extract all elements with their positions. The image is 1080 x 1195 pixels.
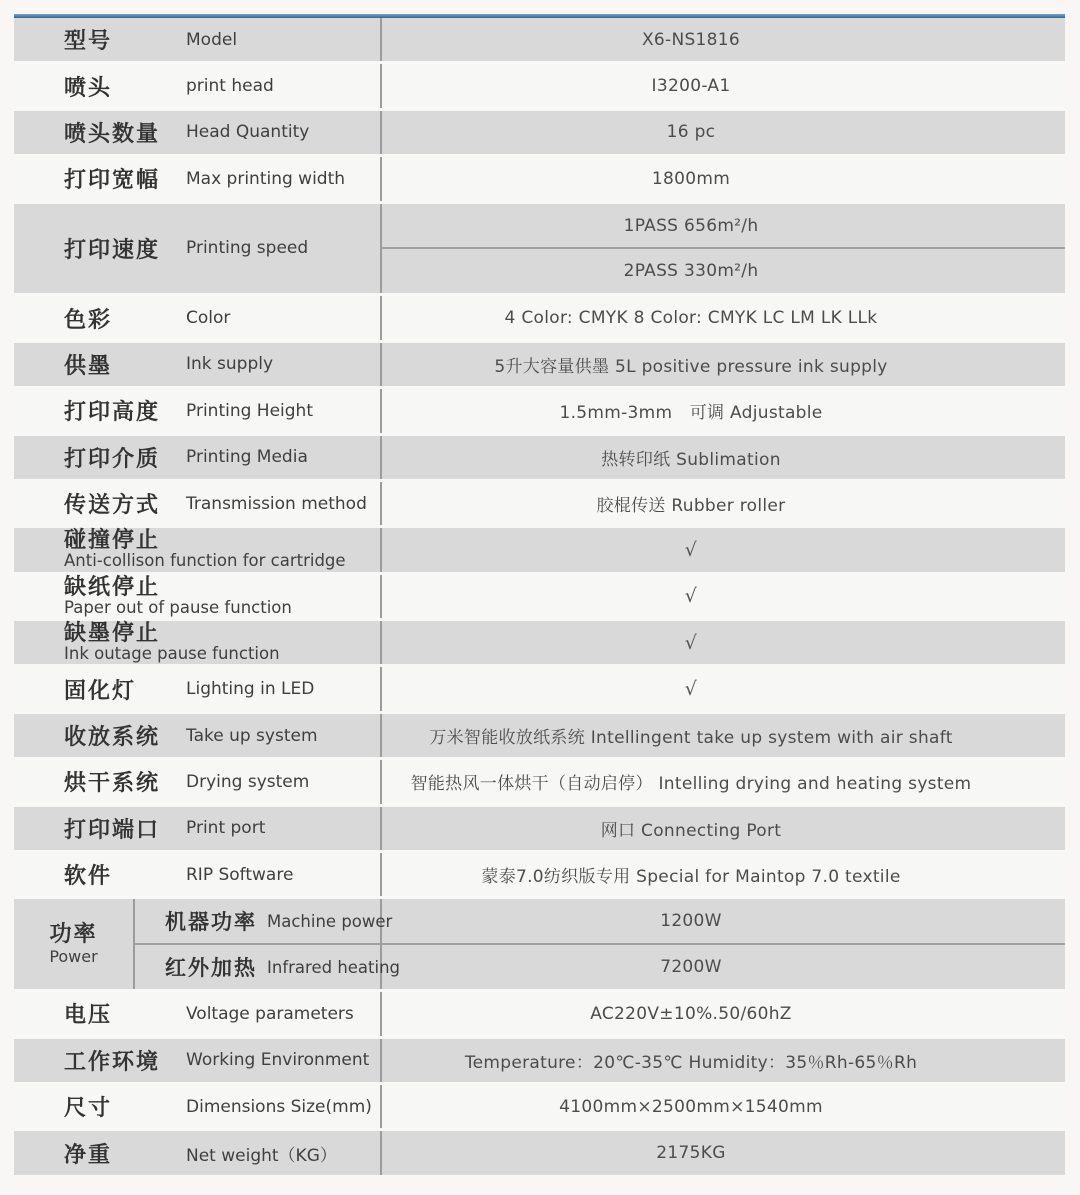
row-value: 7200W <box>382 945 1065 989</box>
row-label-en: Infrared heating <box>267 958 400 977</box>
row-label: 供墨 Ink supply <box>14 343 382 386</box>
check-mark: √ <box>382 621 1065 664</box>
row-label-en: Take up system <box>186 726 318 746</box>
row-label-zh: 软件 <box>64 859 186 890</box>
row-label-zh: 打印端口 <box>64 813 186 844</box>
row-label-en: Model <box>186 30 237 50</box>
row-label-zh: 喷头 <box>64 71 186 102</box>
row-label-zh: 打印速度 <box>64 233 186 264</box>
table-row-rip-software: 软件 RIP Software 蒙泰7.0纺织版专用 Special for M… <box>14 853 1065 896</box>
row-value: 智能热风一体烘干（自动启停） Intelling drying and heat… <box>382 760 1065 803</box>
row-label-zh: 打印高度 <box>64 395 186 426</box>
row-label-en: Head Quantity <box>186 122 309 142</box>
row-label: 红外加热 Infrared heating <box>135 945 382 989</box>
row-label: 收放系统 Take up system <box>14 714 382 757</box>
row-label-zh: 型号 <box>64 24 186 55</box>
table-row-ink-outage: 缺墨停止 Ink outage pause function √ <box>14 621 1065 664</box>
row-value: 万米智能收放纸系统 Intellingent take up system wi… <box>382 714 1065 757</box>
row-label-zh: 碰撞停止 <box>64 529 160 552</box>
speed-value-1pass: 1PASS 656m²/h <box>382 204 1065 248</box>
row-label: 固化灯 Lighting in LED <box>14 667 382 710</box>
table-row-machine-power: 机器功率 Machine power 1200W <box>135 899 1065 943</box>
spec-table: 型号 Model X6-NS1816 喷头 print head I3200-A… <box>14 14 1065 1178</box>
table-row-printing-media: 打印介质 Printing Media 热转印纸 Sublimation <box>14 436 1065 479</box>
row-label: 缺纸停止 Paper out of pause function <box>14 575 382 618</box>
row-label-en: Anti-collison function for cartridge <box>64 552 346 570</box>
row-label-zh: 打印宽幅 <box>64 163 186 194</box>
row-value: 胶棍传送 Rubber roller <box>382 482 1065 525</box>
row-label-zh: 红外加热 <box>165 952 257 982</box>
table-row-printing-speed: 打印速度 Printing speed 1PASS 656m²/h 2PASS … <box>14 204 1065 294</box>
row-label-en: Drying system <box>186 772 309 792</box>
row-label-zh: 尺寸 <box>64 1091 186 1122</box>
row-value: 4 Color: CMYK 8 Color: CMYK LC LM LK LLk <box>382 296 1065 339</box>
table-row-print-port: 打印端口 Print port 网口 Connecting Port <box>14 807 1065 850</box>
table-row-transmission: 传送方式 Transmission method 胶棍传送 Rubber rol… <box>14 482 1065 525</box>
row-value: 蒙泰7.0纺织版专用 Special for Maintop 7.0 texti… <box>382 853 1065 896</box>
row-label-zh: 缺墨停止 <box>64 622 160 645</box>
row-value: 4100mm×2500mm×1540mm <box>382 1085 1065 1128</box>
table-row-paper-out: 缺纸停止 Paper out of pause function √ <box>14 575 1065 618</box>
check-mark: √ <box>382 528 1065 571</box>
row-label-en: Lighting in LED <box>186 679 314 699</box>
row-label: 打印宽幅 Max printing width <box>14 157 382 200</box>
row-label-zh: 烘干系统 <box>64 766 186 797</box>
row-label-zh: 机器功率 <box>165 906 257 936</box>
table-row-power: 功率 Power 机器功率 Machine power 1200W 红外加热 I… <box>14 899 1065 989</box>
row-label-en: Machine power <box>267 912 392 931</box>
row-label: 缺墨停止 Ink outage pause function <box>14 621 382 664</box>
table-row-infrared-heating: 红外加热 Infrared heating 7200W <box>135 943 1065 989</box>
row-label: 打印高度 Printing Height <box>14 389 382 432</box>
table-row-working-environment: 工作环境 Working Environment Temperature：20℃… <box>14 1039 1065 1082</box>
row-label: 打印介质 Printing Media <box>14 436 382 479</box>
row-label-en: Print port <box>186 818 265 838</box>
row-label-en: RIP Software <box>186 865 293 885</box>
check-mark: √ <box>382 575 1065 618</box>
row-label-en: Ink outage pause function <box>64 645 280 663</box>
row-value: Temperature：20℃-35℃ Humidity：35％Rh-65％Rh <box>382 1039 1065 1082</box>
table-row-head-quantity: 喷头数量 Head Quantity 16 pc <box>14 111 1065 154</box>
row-label: 传送方式 Transmission method <box>14 482 382 525</box>
row-label-zh: 喷头数量 <box>64 117 186 148</box>
row-label: 喷头数量 Head Quantity <box>14 111 382 154</box>
row-label-zh: 打印介质 <box>64 442 186 473</box>
row-label-en: print head <box>186 76 274 96</box>
row-value: 16 pc <box>382 111 1065 154</box>
row-label-en: Max printing width <box>186 169 345 189</box>
power-group-label: 功率 Power <box>14 899 135 989</box>
check-mark: √ <box>382 667 1065 710</box>
row-label: 软件 RIP Software <box>14 853 382 896</box>
row-label-zh: 净重 <box>64 1138 186 1169</box>
row-label-zh: 功率 <box>49 923 97 947</box>
row-value: 热转印纸 Sublimation <box>382 436 1065 479</box>
row-label-en: Printing Media <box>186 447 308 467</box>
row-label-zh: 传送方式 <box>64 488 186 519</box>
table-row-color: 色彩 Color 4 Color: CMYK 8 Color: CMYK LC … <box>14 296 1065 339</box>
row-value: 1800mm <box>382 157 1065 200</box>
table-row-printing-height: 打印高度 Printing Height 1.5mm-3mm 可调 Adjust… <box>14 389 1065 432</box>
row-label-en: Power <box>49 948 97 966</box>
row-label-en: Printing Height <box>186 401 313 421</box>
speed-value-2pass: 2PASS 330m²/h <box>382 247 1065 293</box>
row-value: 1.5mm-3mm 可调 Adjustable <box>382 389 1065 432</box>
row-label: 色彩 Color <box>14 296 382 339</box>
row-value: I3200-A1 <box>382 64 1065 107</box>
row-label-zh: 色彩 <box>64 303 186 334</box>
row-label-en: Color <box>186 308 230 328</box>
row-label: 机器功率 Machine power <box>135 899 382 943</box>
row-label: 打印端口 Print port <box>14 807 382 850</box>
row-label-zh: 缺纸停止 <box>64 576 160 599</box>
row-label-en: Working Environment <box>186 1050 369 1070</box>
row-label: 工作环境 Working Environment <box>14 1039 382 1082</box>
table-row-anti-collision: 碰撞停止 Anti-collison function for cartridg… <box>14 528 1065 571</box>
row-label-en: Transmission method <box>186 494 367 514</box>
power-sub-rows: 机器功率 Machine power 1200W 红外加热 Infrared h… <box>135 899 1065 989</box>
row-label-en: Paper out of pause function <box>64 599 292 617</box>
row-value: AC220V±10%.50/60hZ <box>382 992 1065 1035</box>
table-row-voltage: 电压 Voltage parameters AC220V±10%.50/60hZ <box>14 992 1065 1035</box>
row-value: X6-NS1816 <box>382 18 1065 61</box>
row-value: 1200W <box>382 899 1065 943</box>
row-label-en: Voltage parameters <box>186 1004 354 1024</box>
row-label-zh: 电压 <box>64 998 186 1029</box>
table-row-dimensions: 尺寸 Dimensions Size(mm) 4100mm×2500mm×154… <box>14 1085 1065 1128</box>
table-row-led-lighting: 固化灯 Lighting in LED √ <box>14 667 1065 710</box>
table-row-drying-system: 烘干系统 Drying system 智能热风一体烘干（自动启停） Intell… <box>14 760 1065 803</box>
row-label: 烘干系统 Drying system <box>14 760 382 803</box>
row-label-en: Net weight（KG） <box>186 1141 337 1166</box>
row-label-en: Printing speed <box>186 238 308 258</box>
row-label: 净重 Net weight（KG） <box>14 1131 382 1174</box>
row-label-zh: 收放系统 <box>64 720 186 751</box>
table-row-ink-supply: 供墨 Ink supply 5升大容量供墨 5L positive pressu… <box>14 343 1065 386</box>
table-row-max-width: 打印宽幅 Max printing width 1800mm <box>14 157 1065 200</box>
row-label-zh: 工作环境 <box>64 1045 186 1076</box>
row-label-zh: 固化灯 <box>64 674 186 705</box>
row-label: 打印速度 Printing speed <box>14 204 382 294</box>
table-row-model: 型号 Model X6-NS1816 <box>14 18 1065 61</box>
table-row-net-weight: 净重 Net weight（KG） 2175KG <box>14 1131 1065 1174</box>
row-label: 碰撞停止 Anti-collison function for cartridg… <box>14 528 382 571</box>
speed-value-stack: 1PASS 656m²/h 2PASS 330m²/h <box>382 204 1065 294</box>
row-label: 型号 Model <box>14 18 382 61</box>
table-row-print-head: 喷头 print head I3200-A1 <box>14 64 1065 107</box>
row-label: 尺寸 Dimensions Size(mm) <box>14 1085 382 1128</box>
row-label-zh: 供墨 <box>64 349 186 380</box>
row-label-en: Ink supply <box>186 354 273 374</box>
table-row-take-up-system: 收放系统 Take up system 万米智能收放纸系统 Intellinge… <box>14 714 1065 757</box>
row-value: 2175KG <box>382 1131 1065 1174</box>
row-label-en: Dimensions Size(mm) <box>186 1097 372 1117</box>
row-value: 网口 Connecting Port <box>382 807 1065 850</box>
row-label: 电压 Voltage parameters <box>14 992 382 1035</box>
row-value: 5升大容量供墨 5L positive pressure ink supply <box>382 343 1065 386</box>
row-label: 喷头 print head <box>14 64 382 107</box>
